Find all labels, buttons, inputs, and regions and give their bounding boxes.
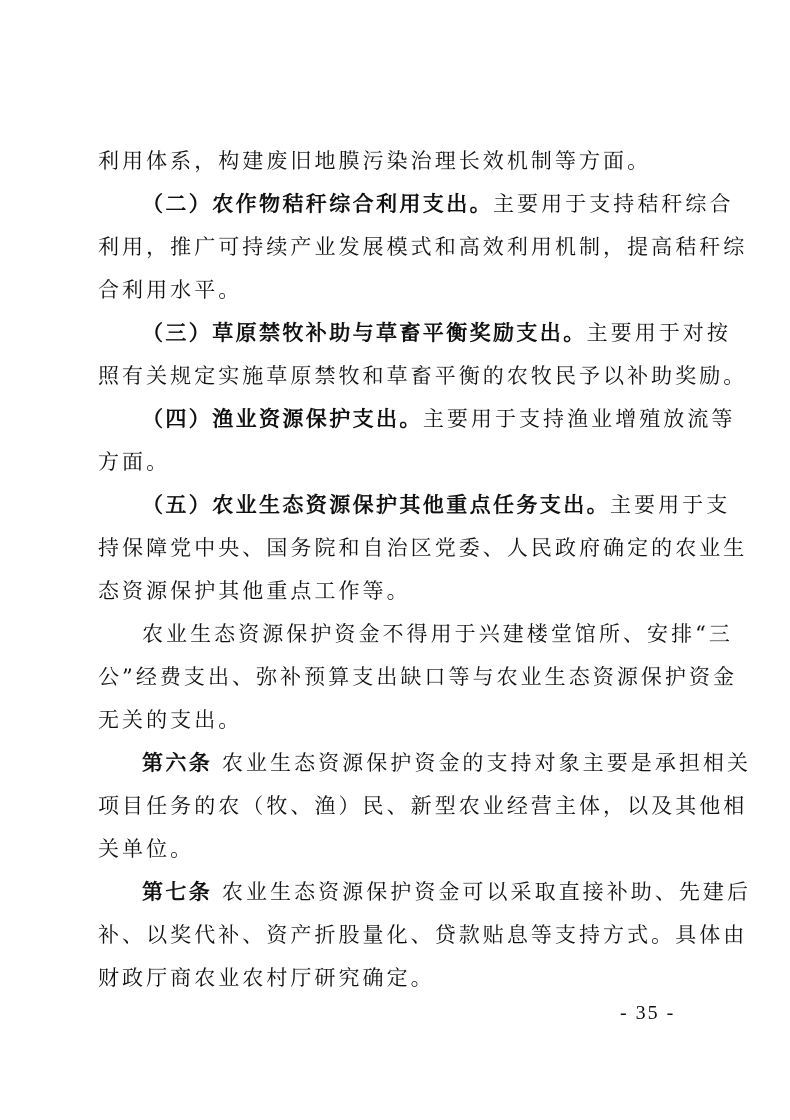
section-heading: （二）农作物秸秆综合利用支出。 <box>142 192 493 216</box>
paragraph-line: 补、以奖代补、资产折股量化、贷款贴息等支持方式。具体由 <box>98 920 698 950</box>
article-line: 第七条 农业生态资源保护资金可以采取直接补助、先建后 <box>142 877 698 907</box>
page-number: - 35 - <box>620 1002 675 1025</box>
paragraph-line: 关单位。 <box>98 834 698 864</box>
paragraph-line: 公”经费支出、弥补预算支出缺口等与农业生态资源保护资金 <box>98 662 698 692</box>
article-number: 第七条 <box>142 880 212 904</box>
paragraph-line: 财政厅商农业农村厅研究确定。 <box>98 963 698 993</box>
section-heading-line: （五）农业生态资源保护其他重点任务支出。主要用于支 <box>142 490 698 520</box>
paragraph-line: 方面。 <box>98 447 698 477</box>
section-heading-line: （三）草原禁牧补助与草畜平衡奖励支出。主要用于对按 <box>142 318 698 348</box>
paragraph-line: 利用体系，构建废旧地膜污染治理长效机制等方面。 <box>98 146 698 176</box>
section-heading: （五）农业生态资源保护其他重点任务支出。 <box>142 493 610 517</box>
paragraph-line: 项目任务的农（牧、渔）民、新型农业经营主体，以及其他相 <box>98 791 698 821</box>
article-number: 第六条 <box>142 751 212 775</box>
paragraph-line: 持保障党中央、国务院和自治区党委、人民政府确定的农业生 <box>98 533 698 563</box>
section-heading-line: （四）渔业资源保护支出。主要用于支持渔业增殖放流等 <box>142 404 698 434</box>
paragraph-line: 无关的支出。 <box>98 705 698 735</box>
article-line: 第六条 农业生态资源保护资金的支持对象主要是承担相关 <box>142 748 698 778</box>
paragraph-line: 态资源保护其他重点工作等。 <box>98 576 698 606</box>
document-page: 利用体系，构建废旧地膜污染治理长效机制等方面。 （二）农作物秸秆综合利用支出。主… <box>0 0 790 1120</box>
paragraph-line: 照有关规定实施草原禁牧和草畜平衡的农牧民予以补助奖励。 <box>98 361 698 391</box>
paragraph-line: 合利用水平。 <box>98 275 698 305</box>
section-heading-line: （二）农作物秸秆综合利用支出。主要用于支持秸秆综合 <box>142 189 698 219</box>
paragraph-line: 利用，推广可持续产业发展模式和高效利用机制，提高秸秆综 <box>98 232 698 262</box>
paragraph-line: 农业生态资源保护资金不得用于兴建楼堂馆所、安排“三 <box>142 619 698 649</box>
section-heading: （三）草原禁牧补助与草畜平衡奖励支出。 <box>142 321 587 345</box>
section-heading: （四）渔业资源保护支出。 <box>142 407 423 431</box>
